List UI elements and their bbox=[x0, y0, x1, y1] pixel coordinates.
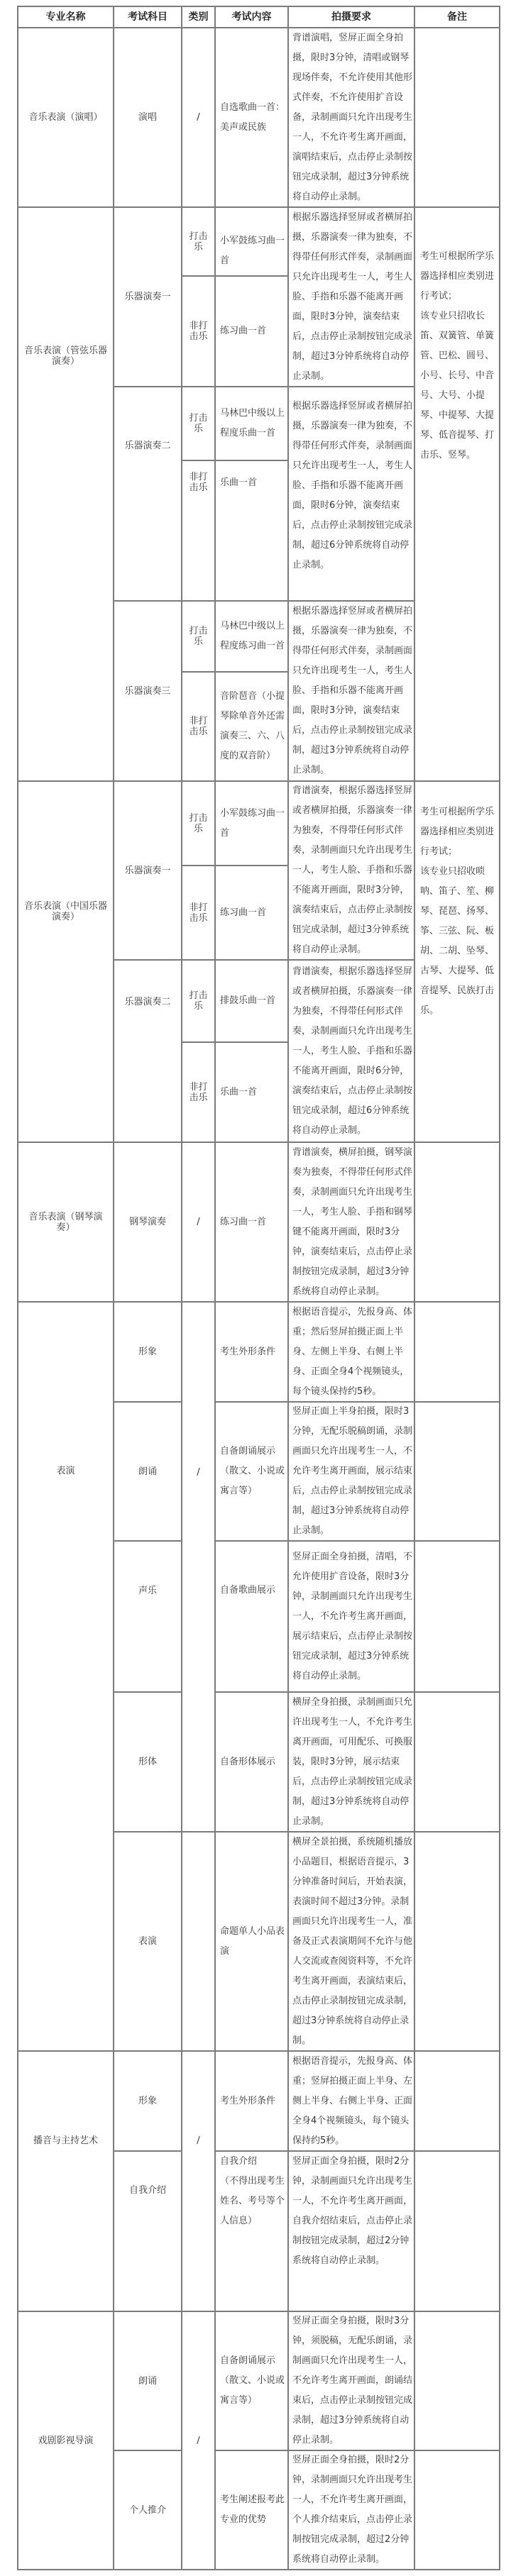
major-name-cell: 戏剧影视导演 bbox=[18, 2312, 114, 2570]
filming-requirement-cell: 竖屏正面全身拍摄，限时2分 钟，录制画面只允许出现考生 一人，不允许考生离开画面… bbox=[289, 2152, 415, 2312]
content-cell: 练习曲一首 bbox=[216, 277, 289, 387]
filming-requirement-cell: 竖屏正面全身拍摄，清唱，不 允许使用扩音设备，限时3分 钟，录制画面只允许出现考… bbox=[289, 1542, 415, 1693]
subject-cell: 钢琴演奏 bbox=[114, 1143, 182, 1303]
category-cell: 非打 击乐 bbox=[182, 673, 216, 782]
content-cell: 自备形体展示 bbox=[216, 1693, 289, 1833]
category-cell: / bbox=[182, 2312, 216, 2570]
content-cell: 乐曲一首 bbox=[216, 1043, 289, 1143]
major-name-cell: 播音与主持艺术 bbox=[18, 2052, 114, 2312]
filming-requirement-cell: 根据乐器选择竖屏或者横屏拍 摄，乐器演奏一律为独奏，不 得带任何形式伴奏，录制画… bbox=[289, 602, 415, 782]
category-cell: 非打 击乐 bbox=[182, 277, 216, 387]
filming-requirement-cell: 竖屏正面全身拍摄，限时3分 钟，须脱稿，无配乐朗诵，录 制画面只允许出现考生一人… bbox=[289, 2312, 415, 2451]
content-cell: 考生阐述报考此 专业的优势 bbox=[216, 2451, 289, 2570]
subject-cell: 形体 bbox=[114, 1693, 182, 1833]
category-cell: / bbox=[182, 2052, 216, 2312]
content-cell: 练习曲一首 bbox=[216, 866, 289, 961]
category-cell: / bbox=[182, 28, 216, 208]
content-cell: 自我介绍 （不得出现考生 姓名、考号等个 人信息） bbox=[216, 2152, 289, 2312]
content-cell: 音阶琶音（小提 琴除单音外还需 演奏三、六、八 度的双音阶） bbox=[216, 673, 289, 782]
filming-requirement-cell: 背谱演奏，横屏拍摄，钢琴演 奏为独奏，不得带任何形式伴 奏，录制画面只允许出现考… bbox=[289, 1143, 415, 1303]
filming-requirement-cell: 横屏全身拍摄，录制画面只允 许出现考生一人，不允许考生 离开画面，可用配乐、可换… bbox=[289, 1693, 415, 1833]
subject-cell: 乐器演奏二 bbox=[114, 961, 182, 1143]
filming-requirement-cell: 背谱演奏，根据乐器选择竖屏 或者横屏拍摄，乐器演奏一律 为独奏，不得带任何形式伴… bbox=[289, 782, 415, 961]
column-header-content: 考试内容 bbox=[216, 7, 289, 28]
category-cell bbox=[182, 1833, 216, 2052]
filming-requirement-cell: 根据乐器选择竖屏或者横屏拍 摄，乐器演奏一律为独奏，不 得带任何形式伴奏，录制画… bbox=[289, 208, 415, 387]
remarks-cell bbox=[415, 2152, 500, 2312]
major-name-cell: 表演 bbox=[18, 1303, 114, 2052]
filming-requirement-cell: 横屏全景拍摄，系统随机播放 小品题目，根据语音提示，3 分钟准备时间后，开始表演… bbox=[289, 1833, 415, 2052]
content-cell: 小军鼓练习曲一 首 bbox=[216, 782, 289, 866]
content-cell: 自备朗诵展示 （散文、小说或 寓言等） bbox=[216, 2312, 289, 2451]
category-cell: 非打 击乐 bbox=[182, 1043, 216, 1143]
category-cell: 打击 乐 bbox=[182, 208, 216, 277]
subject-cell: 乐器演奏一 bbox=[114, 782, 182, 961]
remarks-cell bbox=[415, 1693, 500, 1833]
category-cell: 非打 击乐 bbox=[182, 866, 216, 961]
column-header-major: 专业名称 bbox=[18, 7, 114, 28]
column-header-filming-requirements: 拍摄要求 bbox=[289, 7, 415, 28]
remarks-cell bbox=[415, 2312, 500, 2451]
filming-requirement-cell: 背谱演唱，竖屏正面全身拍 摄，限时3分钟，清唱或钢琴 现场伴奏，不允许使用其他形… bbox=[289, 28, 415, 208]
column-header-remarks: 备注 bbox=[415, 7, 500, 28]
filming-requirement-cell: 背谱演奏，根据乐器选择竖屏 或者横屏拍摄，乐器演奏一律 为独奏，不得带任何形式伴… bbox=[289, 961, 415, 1143]
subject-cell: 形象 bbox=[114, 1303, 182, 1403]
content-cell: 自选歌曲一首： 美声或民族 bbox=[216, 28, 289, 208]
remarks-cell bbox=[415, 1143, 500, 1303]
subject-cell: 声乐 bbox=[114, 1542, 182, 1693]
remarks-cell bbox=[415, 1403, 500, 1542]
category-cell: 打击 乐 bbox=[182, 387, 216, 461]
subject-cell: 朗诵 bbox=[114, 2312, 182, 2451]
category-cell: / bbox=[182, 1143, 216, 1303]
content-cell: 马林巴中级以上 程度练习曲一首 bbox=[216, 602, 289, 673]
filming-requirement-cell: 根据语音提示，先报身高、体 重；然后竖屏拍摄正面上半 身、左侧上半身、右侧上半 … bbox=[289, 1303, 415, 1403]
filming-requirement-cell: 竖屏正面全身拍摄，限时2分 钟，录制画面只允许出现考生 一人，不允许考生离开画面… bbox=[289, 2451, 415, 2570]
content-cell: 排鼓乐曲一首 bbox=[216, 961, 289, 1043]
major-name-cell: 音乐表演（中国乐器 演奏） bbox=[18, 782, 114, 1143]
subject-cell: 自我介绍 bbox=[114, 2152, 182, 2312]
remarks-cell bbox=[415, 2052, 500, 2152]
column-header-subject: 考试科目 bbox=[114, 7, 182, 28]
filming-requirement-cell: 竖屏正面上半身拍摄，限时3 分钟，无配乐脱稿朗诵，录制 画面只允许出现考生一人，… bbox=[289, 1403, 415, 1542]
content-cell: 自备歌曲展示 bbox=[216, 1542, 289, 1693]
subject-cell: 乐器演奏二 bbox=[114, 387, 182, 602]
remarks-cell bbox=[415, 28, 500, 208]
remarks-cell bbox=[415, 2451, 500, 2570]
exam-requirements-table: 专业名称 考试科目 类别 考试内容 拍摄要求 备注 音乐表演（演唱） 演唱 / … bbox=[17, 6, 500, 2570]
column-header-category: 类别 bbox=[182, 7, 216, 28]
subject-cell: 乐器演奏三 bbox=[114, 602, 182, 782]
content-cell: 命题单人小品表 演 bbox=[216, 1833, 289, 2052]
content-cell: 练习曲一首 bbox=[216, 1143, 289, 1303]
content-cell: 考生外形条件 bbox=[216, 2052, 289, 2152]
category-cell: / bbox=[182, 1303, 216, 1833]
category-cell: 打击 乐 bbox=[182, 961, 216, 1043]
category-cell: 打击 乐 bbox=[182, 782, 216, 866]
filming-requirement-cell: 根据乐器选择竖屏或者横屏拍 摄，乐器演奏一律为独奏，不 得带任何形式伴奏，录制画… bbox=[289, 387, 415, 602]
content-cell: 马林巴中级以上 程度乐曲一首 bbox=[216, 387, 289, 461]
remarks-cell bbox=[415, 1303, 500, 1403]
subject-cell: 乐器演奏一 bbox=[114, 208, 182, 387]
content-cell: 乐曲一首 bbox=[216, 461, 289, 602]
remarks-cell bbox=[415, 1833, 500, 2052]
major-name-cell: 音乐表演（管弦乐器 演奏） bbox=[18, 208, 114, 782]
major-name-cell: 音乐表演（钢琴演 奏） bbox=[18, 1143, 114, 1303]
subject-cell: 朗诵 bbox=[114, 1403, 182, 1542]
remarks-cell bbox=[415, 1542, 500, 1693]
content-cell: 自备朗诵展示 （散文、小说或 寓言等） bbox=[216, 1403, 289, 1542]
remarks-cell: 考生可根据所学乐 器选择相应类别进 行考试； 该专业只招收唢 呐、笛子、笙、柳 … bbox=[415, 782, 500, 1143]
filming-requirement-cell: 根据语音提示，先报身高、体 重；竖屏拍摄正面上半身、左 侧上半身、右侧上半身、正… bbox=[289, 2052, 415, 2152]
subject-cell: 表演 bbox=[114, 1833, 182, 2052]
subject-cell: 演唱 bbox=[114, 28, 182, 208]
category-cell: 非打 击乐 bbox=[182, 461, 216, 602]
content-cell: 考生外形条件 bbox=[216, 1303, 289, 1403]
major-name-cell: 音乐表演（演唱） bbox=[18, 28, 114, 208]
subject-cell: 个人推介 bbox=[114, 2451, 182, 2570]
content-cell: 小军鼓练习曲一 首 bbox=[216, 208, 289, 277]
remarks-cell: 考生可根据所学乐 器选择相应类别进 行考试； 该专业只招收长 笛、双簧管、单簧 … bbox=[415, 208, 500, 782]
subject-cell: 形象 bbox=[114, 2052, 182, 2152]
category-cell: 打击 乐 bbox=[182, 602, 216, 673]
